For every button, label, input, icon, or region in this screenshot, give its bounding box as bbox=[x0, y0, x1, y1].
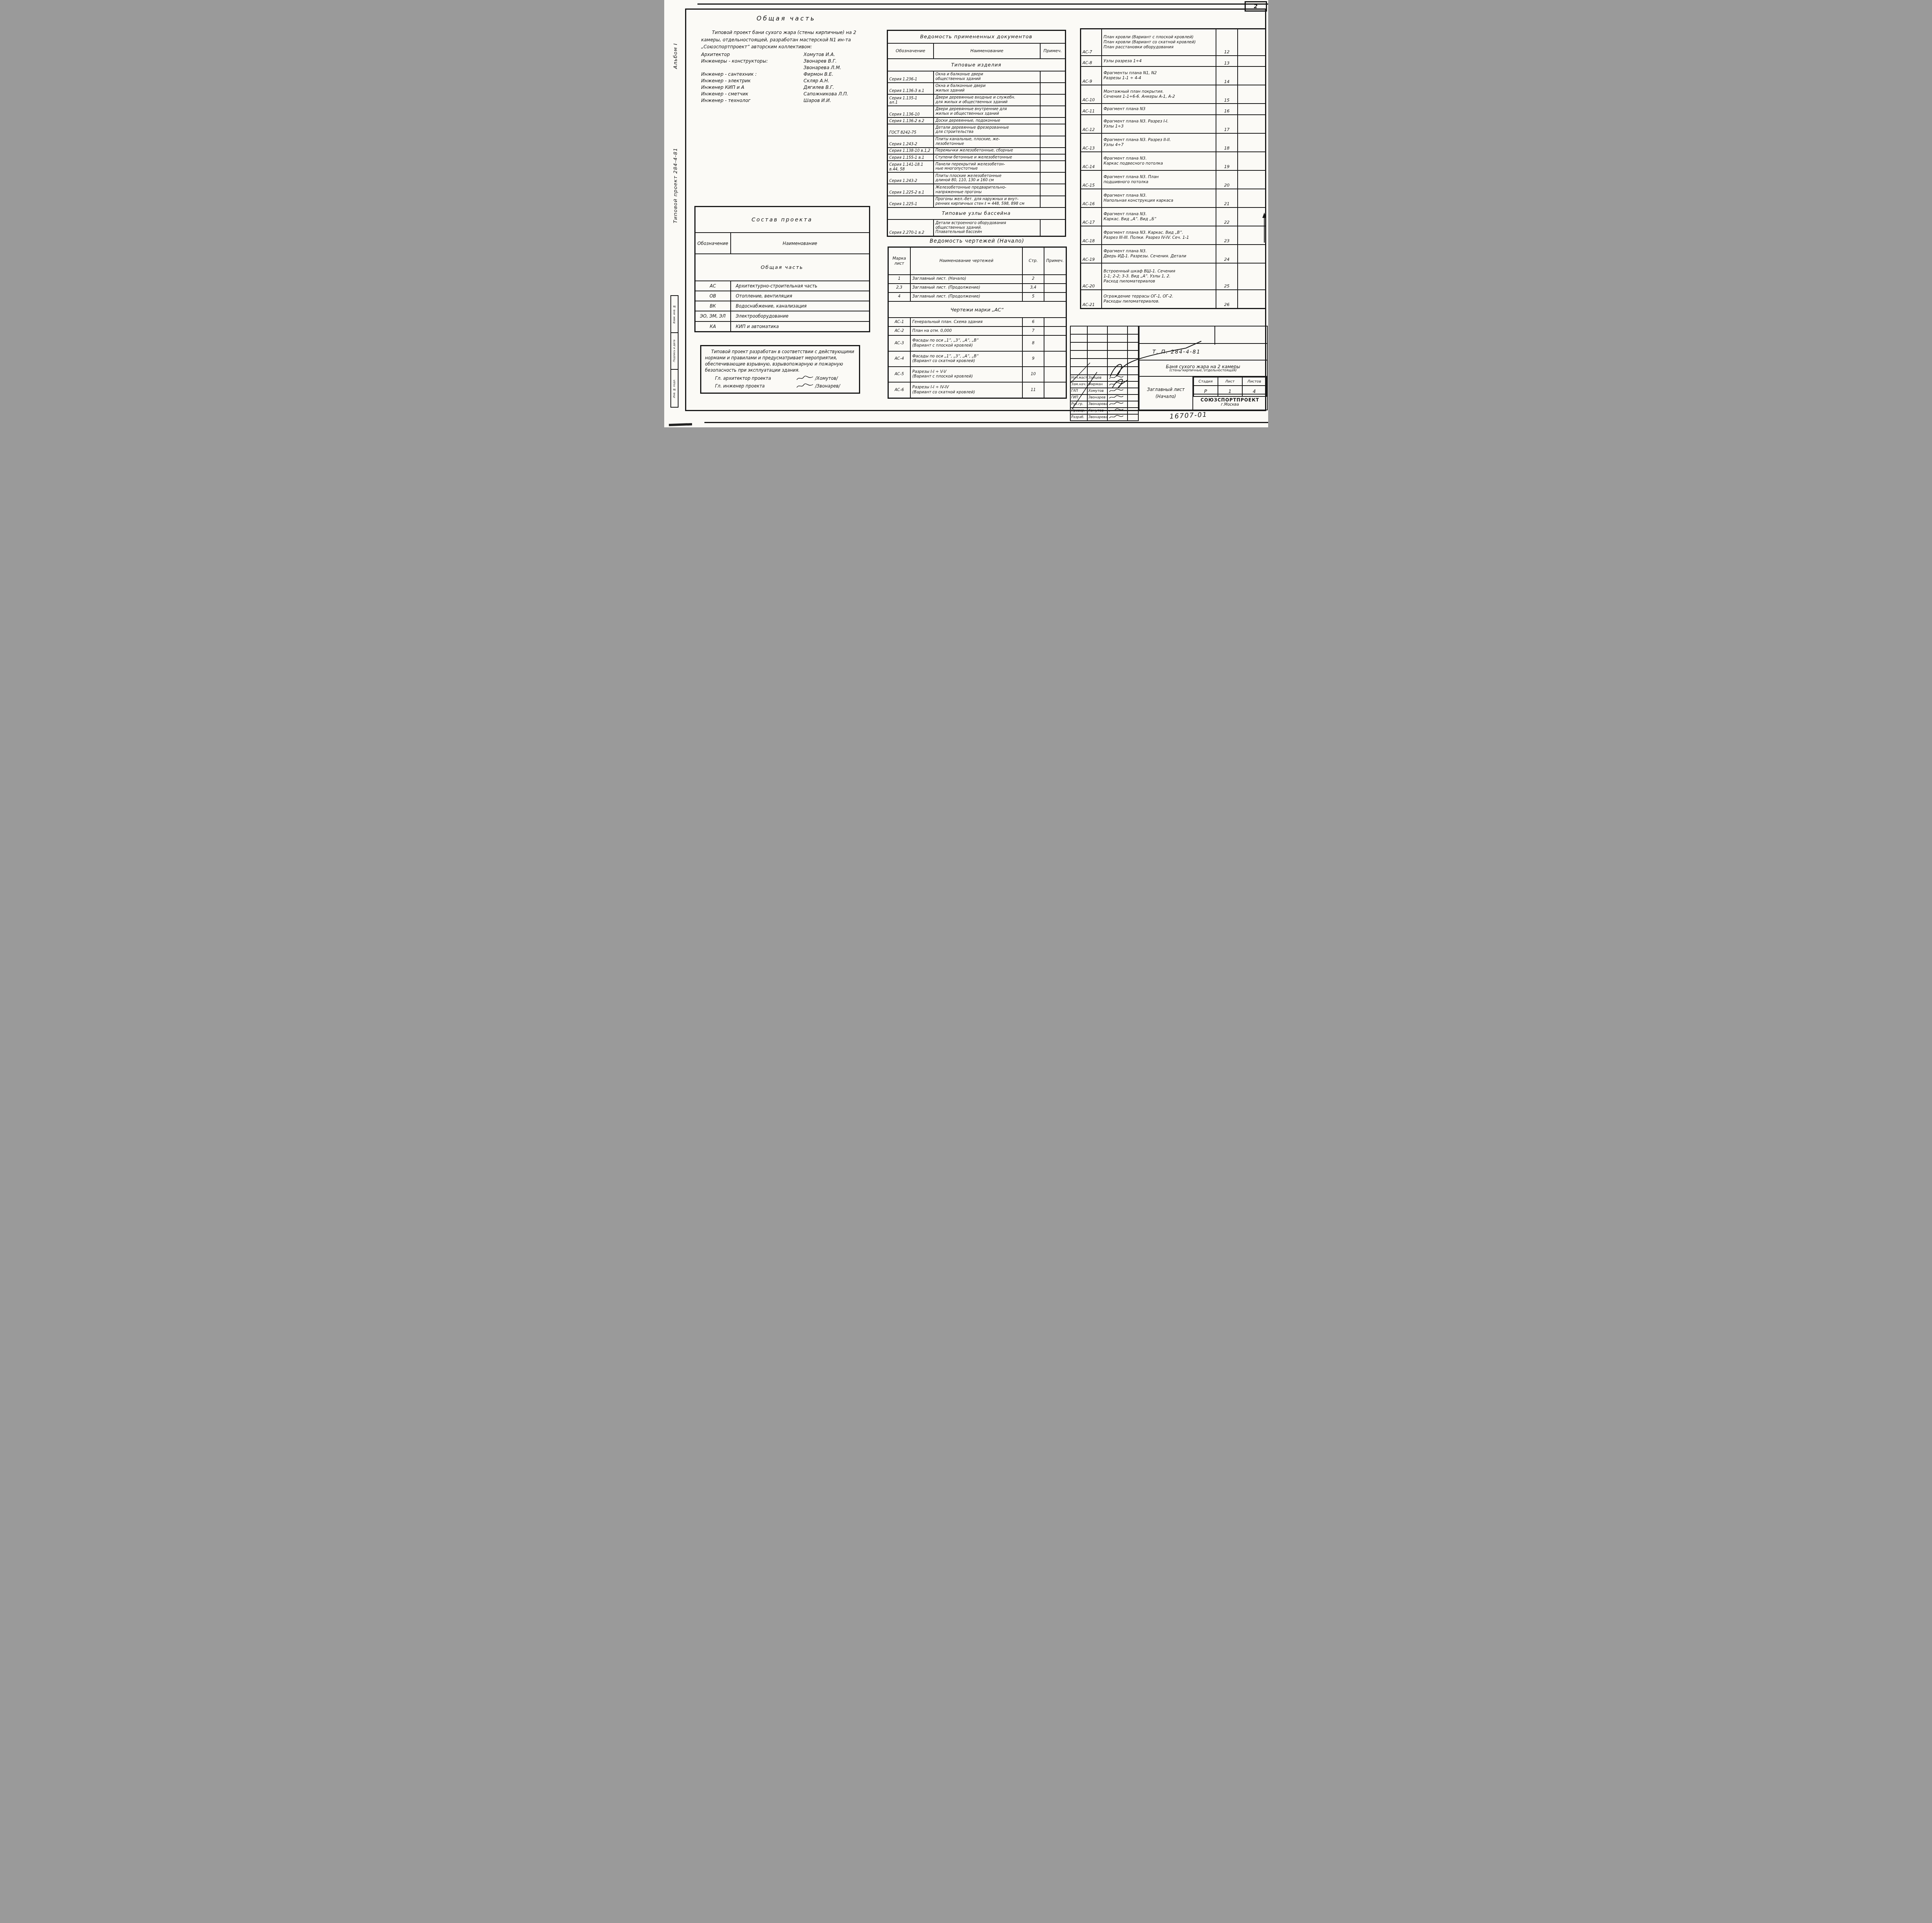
doc-note bbox=[1040, 83, 1065, 94]
drawing-note bbox=[1238, 104, 1265, 114]
table-row: ГОСТ 8242-75 Детали деревянные фрезерова… bbox=[887, 124, 1065, 136]
drawing-mark: АС-3 bbox=[888, 335, 910, 351]
drawing-mark: АС-19 bbox=[1080, 245, 1102, 263]
table-row: АС-6 Разрезы I-I ÷ IV-IV (Вариант со ска… bbox=[888, 382, 1066, 398]
drawing-page: 9 bbox=[1022, 351, 1044, 367]
table-row: АС-20 Встроенный шкаф ВШ-1. Сечения 1-1;… bbox=[1080, 263, 1265, 290]
drawing-note bbox=[1238, 56, 1265, 66]
credit-row: Инженер КИП и А Дягилев В.Г. bbox=[701, 85, 871, 90]
signature-scribble bbox=[1109, 395, 1124, 400]
doc-note bbox=[1040, 161, 1065, 172]
drawing-page: 16 bbox=[1216, 104, 1238, 114]
signature-scribble bbox=[796, 383, 814, 389]
drawing-note bbox=[1238, 115, 1265, 133]
drawing-page: 7 bbox=[1022, 326, 1044, 335]
table-row: АС-7 План кровли (Вариант с плоской кров… bbox=[1080, 29, 1265, 56]
table-row: Серия 1.135-1 ал.1 Двери деревянные вход… bbox=[887, 94, 1065, 106]
drawing-name: План на отм. 0,000 bbox=[910, 326, 1022, 335]
table-row: АС-5 Разрезы I-I ÷ V-V (Вариант с плоско… bbox=[888, 367, 1066, 382]
doc-name: Двери деревянные внутренние для жилых и … bbox=[934, 106, 1040, 117]
doc-note bbox=[1040, 117, 1065, 124]
drawing-page: 22 bbox=[1216, 207, 1238, 226]
drawing-page: 21 bbox=[1216, 189, 1238, 207]
drawing-page: 20 bbox=[1216, 170, 1238, 189]
table-row: АС-9 Фрагменты плана N1, N2 Разрезы 1-1 … bbox=[1080, 66, 1265, 85]
drawing-name: Узлы разреза 1÷4 bbox=[1102, 56, 1216, 66]
drawing-mark: АС-14 bbox=[1080, 152, 1102, 170]
doc-note bbox=[1040, 136, 1065, 148]
drawing-name: Фрагмент плана N3. План подшивного потол… bbox=[1102, 170, 1216, 189]
drawing-name: Фрагмент плана N3. Разрез II-II. Узлы 4÷… bbox=[1102, 133, 1216, 152]
doc-note bbox=[1040, 106, 1065, 117]
drawing-mark: АС-8 bbox=[1080, 56, 1102, 66]
scan-bottom-edge bbox=[704, 422, 1268, 423]
drawing-name: Фрагмент плана N3. Напольная конструкция… bbox=[1102, 189, 1216, 207]
drawing-note bbox=[1044, 351, 1066, 367]
drawing-page: 26 bbox=[1216, 290, 1238, 309]
table-row: Серия 1.138-10 в.1,2 Перемычки железобет… bbox=[887, 148, 1065, 154]
drawing-page: 12 bbox=[1216, 29, 1238, 56]
credit-role: Инженер КИП и А bbox=[701, 85, 804, 90]
signer-extra bbox=[1128, 381, 1138, 388]
doc-designation: Серия 1.135-1 ал.1 bbox=[887, 94, 934, 106]
stamp-signer-row: Рук.гр. Звонарева bbox=[1070, 401, 1138, 408]
stage-header-row: Стадия Лист Листов bbox=[1194, 377, 1267, 386]
signer-extra bbox=[1128, 375, 1138, 381]
stamp-box-inv: Инв. № подл. bbox=[671, 370, 678, 407]
stamp-signer-row: Провер. Хомутов bbox=[1070, 408, 1138, 414]
general-title: Общая часть bbox=[701, 15, 871, 22]
drawing-mark: 2,3 bbox=[888, 284, 910, 292]
drawing-mark: 1 bbox=[888, 275, 910, 284]
doc-name: Плиты канальные, плоские, же- лезобетонн… bbox=[934, 136, 1040, 148]
credit-name: Сапожникова Л.П. bbox=[804, 91, 849, 97]
drawing-note bbox=[1044, 367, 1066, 382]
doc-designation: Серия 1.136-3 в.1 bbox=[887, 83, 934, 94]
page-number: 2 bbox=[1254, 3, 1258, 10]
stamp-signer-row: ГИП Звонарев bbox=[1070, 394, 1138, 401]
composition-name: Архитектурно-строительная часть bbox=[731, 281, 869, 291]
drawing-note bbox=[1044, 284, 1066, 292]
doc-name: Детали встроенного оборудования обществе… bbox=[934, 219, 1040, 236]
drawing-note bbox=[1238, 189, 1265, 207]
signer-extra bbox=[1128, 414, 1138, 421]
drawing-mark: АС-2 bbox=[888, 326, 910, 335]
signer-signature bbox=[1107, 394, 1128, 401]
drawing-mark: АС-7 bbox=[1080, 29, 1102, 56]
doc-name: Железобетонные предварительно- напряженн… bbox=[934, 184, 1040, 196]
table-row: Серия 1.155-1 в.1 Ступени бетонные и жел… bbox=[887, 154, 1065, 161]
drawing-mark: АС-10 bbox=[1080, 85, 1102, 104]
object-subtitle: (стены кирпичные, отдельностоящая) bbox=[1169, 369, 1236, 372]
signer-name: Звонарева bbox=[1087, 401, 1107, 408]
sign-line: Гл. архитектор проекта /Хомутов/ bbox=[705, 375, 855, 381]
table-row: АС-19 Фрагмент плана N3. Дверь ИД-1. Раз… bbox=[1080, 245, 1265, 263]
drawing-name: Фрагмент плана N3. Каркас. Вид „В“. Разр… bbox=[1102, 226, 1216, 245]
credit-row: Архитектор Хомутов И.А. bbox=[701, 52, 871, 57]
drawing-name: Заглавный лист. (Продолжение) bbox=[910, 284, 1022, 292]
doc-designation: Серия 1.225-2 в.1 bbox=[887, 184, 934, 196]
credit-row: Инженер - электрик Скляр А.Н. bbox=[701, 78, 871, 83]
doc-designation: Серия 1.243-2 bbox=[887, 172, 934, 184]
credit-role: Инженер - технолог bbox=[701, 98, 804, 103]
sign-role: Гл. инженер проекта bbox=[705, 383, 794, 389]
object-title-cell: Баня сухого жара на 2 камеры (стены кирп… bbox=[1139, 360, 1268, 377]
drawing-note bbox=[1044, 382, 1066, 398]
organization-city: г.Москва bbox=[1221, 403, 1239, 407]
composition-table-block: Состав проекта Обозначение Наименование … bbox=[694, 206, 870, 332]
doc-name: Перемычки железобетонные, сборные bbox=[934, 148, 1040, 154]
documents-table: Ведомость примененных документов Обознач… bbox=[887, 30, 1066, 237]
drawing-page: 11 bbox=[1022, 382, 1044, 398]
drawing-mark: АС-20 bbox=[1080, 263, 1102, 290]
doc-designation: Серия 1.243-2 bbox=[887, 136, 934, 148]
composition-name: Электрооборудование bbox=[731, 311, 869, 321]
drawing-mark: АС-12 bbox=[1080, 115, 1102, 133]
table-row: Серия 1.225-2 в.1 Железобетонные предвар… bbox=[887, 184, 1065, 196]
doc-name: Доски деревянные, подоконные bbox=[934, 117, 1040, 124]
drawings-continuation-table: АС-7 План кровли (Вариант с плоской кров… bbox=[1080, 28, 1266, 309]
credit-name: Фирмон В.Е. bbox=[804, 71, 833, 77]
note-box: Типовой проект разработан в соответствии… bbox=[700, 345, 860, 394]
drawing-page: 23 bbox=[1216, 226, 1238, 245]
credit-role: Инженер - сметчик bbox=[701, 91, 804, 97]
table-row: 2,3 Заглавный лист. (Продолжение) 3,4 bbox=[888, 284, 1066, 292]
drawing-mark: АС-5 bbox=[888, 367, 910, 382]
doc-note bbox=[1040, 154, 1065, 161]
drawing-name: Фрагмент плана N3. Разрез I-I. Узлы 1÷3 bbox=[1102, 115, 1216, 133]
doc-note bbox=[1040, 148, 1065, 154]
drawing-name: Заглавный лист. (Продолжение) bbox=[910, 292, 1022, 301]
drawing-name: Встроенный шкаф ВШ-1. Сечения 1-1; 2-2; … bbox=[1102, 263, 1216, 290]
drawing-page: 25 bbox=[1216, 263, 1238, 290]
sheet-title: Заглавный лист (Начало) bbox=[1139, 386, 1192, 400]
drawing-note bbox=[1044, 275, 1066, 284]
table-row: АС-14 Фрагмент плана N3. Каркас подвесно… bbox=[1080, 152, 1265, 170]
signer-role: ГАП bbox=[1070, 388, 1087, 394]
composition-table: Состав проекта Обозначение Наименование … bbox=[694, 206, 870, 332]
drawing-page: 15 bbox=[1216, 85, 1238, 104]
organization-cell: СОЮЗСПОРТПРОЕКТ г.Москва bbox=[1192, 394, 1268, 410]
archive-code: 16707-01 bbox=[1169, 411, 1207, 420]
drawing-mark: АС-1 bbox=[888, 318, 910, 326]
title-block: Нач.маст. Зайцев Зам.нач. Фирман ГАП Хом… bbox=[1070, 326, 1268, 410]
credit-role: Инженеры - конструкторы: bbox=[701, 58, 804, 64]
note-text: Типовой проект разработан в соответствии… bbox=[705, 349, 855, 374]
credit-row: Инженер - сметчик Сапожникова Л.П. bbox=[701, 91, 871, 97]
drawing-name: Фрагмент плана N3 bbox=[1102, 104, 1216, 114]
signer-name: Звонарева bbox=[1087, 414, 1107, 421]
credit-row: Инженеры - конструкторы: Звонарев В.Г. bbox=[701, 58, 871, 64]
drawing-page: 19 bbox=[1216, 152, 1238, 170]
doc-note bbox=[1040, 94, 1065, 106]
credit-row: Инженер - сантехник : Фирмон В.Е. bbox=[701, 71, 871, 77]
doc-designation: Серия 1.138-10 в.1,2 bbox=[887, 148, 934, 154]
drawing-note bbox=[1238, 85, 1265, 104]
stamp-top-row bbox=[1139, 326, 1268, 344]
drawing-name: Монтажный план покрытия. Сечения 1-1÷6-6… bbox=[1102, 85, 1216, 104]
doc-code: Т. П. 284-4-81 bbox=[1153, 349, 1201, 355]
doc-name: Окна и балконые двери общественных здани… bbox=[934, 71, 1040, 83]
signer-role: Зам.нач. bbox=[1070, 381, 1087, 388]
signature-scribble bbox=[1109, 401, 1124, 406]
stamp-signer-row: ГАП Хомутов bbox=[1070, 388, 1138, 394]
project-label: Типовой проект 284-4-81 bbox=[673, 124, 679, 247]
table-row: АС-18 Фрагмент плана N3. Каркас. Вид „В“… bbox=[1080, 226, 1265, 245]
doc-note bbox=[1040, 219, 1065, 236]
composition-title: Состав проекта bbox=[695, 207, 869, 233]
signature-scribble bbox=[1109, 388, 1124, 393]
signature-scribble bbox=[1109, 382, 1124, 386]
table-row: Серия 1.136-10 Двери деревянные внутренн… bbox=[887, 106, 1065, 117]
drawing-mark: АС-11 bbox=[1080, 104, 1102, 114]
doc-name: Плиты плоские железобетонные длиной 80, … bbox=[934, 172, 1040, 184]
doc-designation: Серия 1.225-1 bbox=[887, 196, 934, 207]
drawing-mark: АС-9 bbox=[1080, 66, 1102, 85]
drawing-mark: АС-18 bbox=[1080, 226, 1102, 245]
sheet-title-cell: Заглавный лист (Начало) bbox=[1139, 376, 1193, 410]
signer-signature bbox=[1107, 414, 1128, 421]
credits-list: Архитектор Хомутов И.А. Инженеры - конст… bbox=[701, 52, 871, 103]
doc-designation: Серия 1.136-10 bbox=[887, 106, 934, 117]
drawing-name: Фасады по оси „1“, „3“, „А“, „В“ (Вариан… bbox=[910, 351, 1022, 367]
drawing-page: 13 bbox=[1216, 56, 1238, 66]
composition-name: Отопление, вентиляция bbox=[731, 291, 869, 301]
album-label: Альбом I bbox=[673, 17, 679, 95]
signature-scribble bbox=[1109, 375, 1124, 380]
drawing-note bbox=[1044, 318, 1066, 326]
credit-name: Звонарев В.Г. bbox=[804, 58, 837, 64]
doc-designation: Серия 1.141-18.1 в.44, 58 bbox=[887, 161, 934, 172]
composition-name: КИП и автоматика bbox=[731, 321, 869, 332]
drawing-note bbox=[1238, 263, 1265, 290]
drawings-header-row: Марка лист Наименование чертежей Стр. Пр… bbox=[888, 247, 1066, 275]
table-row: АС-12 Фрагмент плана N3. Разрез I-I. Узл… bbox=[1080, 115, 1265, 133]
drawing-note bbox=[1238, 66, 1265, 85]
scan-top-edge bbox=[697, 3, 1268, 5]
signer-name: Фирман bbox=[1087, 381, 1107, 388]
stamp-empty-grid bbox=[1070, 326, 1138, 375]
table-row: ЭО, ЭМ, ЭЛ Электрооборудование bbox=[695, 311, 869, 321]
credit-row: Инженер - технолог Шаров И.И. bbox=[701, 98, 871, 103]
section-obshchaya-chast: Общая часть bbox=[695, 254, 869, 281]
signer-name: Звонарев bbox=[1087, 394, 1107, 401]
doc-designation: Серия 1.136-2 в.2 bbox=[887, 117, 934, 124]
page-number-box: 2 bbox=[1245, 1, 1267, 12]
table-row: АС-3 Фасады по оси „1“, „3“, „А“, „В“ (В… bbox=[888, 335, 1066, 351]
signer-name: Хомутов bbox=[1087, 388, 1107, 394]
drawing-page: 5 bbox=[1022, 292, 1044, 301]
drawing-name: Фрагмент плана N3. Каркас. Вид „А“. Вид … bbox=[1102, 207, 1216, 226]
doc-designation: Серия 1.155-1 в.1 bbox=[887, 154, 934, 161]
composition-designation: ВК bbox=[695, 301, 731, 311]
table-row: Серия 1.225-1 Прогоны жел.-бет. для нару… bbox=[887, 196, 1065, 207]
drawing-mark: АС-16 bbox=[1080, 189, 1102, 207]
doc-designation: Серия 1.236-1 bbox=[887, 71, 934, 83]
general-part: Общая часть Типовой проект бани сухого ж… bbox=[701, 15, 871, 103]
credit-name: Дягилев В.Г. bbox=[804, 85, 834, 90]
drawing-note bbox=[1044, 335, 1066, 351]
drawing-note bbox=[1238, 290, 1265, 309]
documents-header-row: Обозначение Наименование Примеч. bbox=[887, 43, 1065, 59]
doc-note bbox=[1040, 124, 1065, 136]
drawing-page: 10 bbox=[1022, 367, 1044, 382]
doc-name: Ступени бетонные и железобетонные bbox=[934, 154, 1040, 161]
signer-signature bbox=[1107, 375, 1128, 381]
drawing-mark: АС-13 bbox=[1080, 133, 1102, 152]
drawing-note bbox=[1044, 326, 1066, 335]
drawing-mark: АС-17 bbox=[1080, 207, 1102, 226]
table-row: АС-17 Фрагмент плана N3. Каркас. Вид „А“… bbox=[1080, 207, 1265, 226]
signer-role: ГИП bbox=[1070, 394, 1087, 401]
drawing-note bbox=[1238, 245, 1265, 263]
drawing-name: Фасады по оси „1“, „3“, „А“, „В“ (Вариан… bbox=[910, 335, 1022, 351]
section-cherteji-as: Чертежи марки „АС“ bbox=[888, 301, 1066, 318]
stamp-signer-row: Зам.нач. Фирман bbox=[1070, 381, 1138, 388]
drawing-name: Фрагмент плана N3. Дверь ИД-1. Разрезы. … bbox=[1102, 245, 1216, 263]
signer-signature bbox=[1107, 401, 1128, 408]
table-row: АС Архитектурно-строительная часть bbox=[695, 281, 869, 291]
doc-note bbox=[1040, 71, 1065, 83]
signer-role: Разраб. bbox=[1070, 414, 1087, 421]
drawing-mark: 4 bbox=[888, 292, 910, 301]
drawing-note bbox=[1238, 152, 1265, 170]
drawing-name: План кровли (Вариант с плоской кровлей) … bbox=[1102, 29, 1216, 56]
credit-name: Звонарева Л.М. bbox=[804, 65, 842, 70]
signer-name: Хомутов bbox=[1087, 408, 1107, 414]
sign-role: Гл. архитектор проекта bbox=[705, 376, 794, 381]
stamp-signers-table: Нач.маст. Зайцев Зам.нач. Фирман ГАП Хом… bbox=[1070, 326, 1139, 421]
drawing-name: Заглавный лист. (Начало) bbox=[910, 275, 1022, 284]
signer-name: Зайцев bbox=[1087, 375, 1107, 381]
table-row: Серия 2.270-1 в.2 Детали встроенного обо… bbox=[887, 219, 1065, 236]
signer-signature bbox=[1107, 408, 1128, 414]
stamp-box-podpis: Подпись и дата bbox=[671, 333, 678, 370]
composition-designation: КА bbox=[695, 321, 731, 332]
drawing-note bbox=[1044, 292, 1066, 301]
section-uzly-basseina: Типовые узлы бассейна bbox=[887, 207, 1065, 219]
composition-designation: ЭО, ЭМ, ЭЛ bbox=[695, 311, 731, 321]
signer-signature bbox=[1107, 381, 1128, 388]
drawings-table-title: Ведомость чертежей (Начало) bbox=[888, 238, 1067, 244]
table-row: АС-4 Фасады по оси „1“, „3“, „А“, „В“ (В… bbox=[888, 351, 1066, 367]
drawing-mark: АС-4 bbox=[888, 351, 910, 367]
drawing-note bbox=[1238, 29, 1265, 56]
doc-name: Окна и балконные двери жилых зданий bbox=[934, 83, 1040, 94]
doc-name: Детали деревянные фрезерованные для стро… bbox=[934, 124, 1040, 136]
table-row: Серия 1.136-2 в.2 Доски деревянные, подо… bbox=[887, 117, 1065, 124]
drawings-table-block: Ведомость чертежей (Начало) Марка лист Н… bbox=[888, 238, 1067, 399]
table-row: АС-2 План на отм. 0,000 7 bbox=[888, 326, 1066, 335]
table-row: Серия 1.243-2 Плиты плоские железобетонн… bbox=[887, 172, 1065, 184]
table-row: АС-8 Узлы разреза 1÷4 13 bbox=[1080, 56, 1265, 66]
table-row: АС-15 Фрагмент плана N3. План подшивного… bbox=[1080, 170, 1265, 189]
composition-header-row: Обозначение Наименование bbox=[695, 233, 869, 254]
doc-name: Прогоны жел.-бет. для наружных и внут- р… bbox=[934, 196, 1040, 207]
composition-designation: АС bbox=[695, 281, 731, 291]
signer-role: Рук.гр. bbox=[1070, 401, 1087, 408]
credit-name: Скляр А.Н. bbox=[804, 78, 830, 83]
signer-role: Нач.маст. bbox=[1070, 375, 1087, 381]
sign-name: /Звонарев/ bbox=[815, 383, 840, 389]
documents-rows: Серия 1.236-1 Окна и балконые двери обще… bbox=[887, 71, 1065, 207]
signature-scribble bbox=[1109, 408, 1124, 413]
frame-stamp-boxes: Взам. инв. № Подпись и дата Инв. № подл. bbox=[670, 295, 679, 408]
drawing-name: Генеральный план. Схема здания bbox=[910, 318, 1022, 326]
drawing-page: 6 bbox=[1022, 318, 1044, 326]
drawing-page: 8 bbox=[1022, 335, 1044, 351]
credit-row: Звонарева Л.М. bbox=[701, 65, 871, 70]
table-row: ОВ Отопление, вентиляция bbox=[695, 291, 869, 301]
stamp-signer-row: Разраб. Звонарева bbox=[1070, 414, 1138, 421]
composition-name: Водоснабжение, канализация bbox=[731, 301, 869, 311]
note-sign-lines: Гл. архитектор проекта /Хомутов/ Гл. инж… bbox=[705, 375, 855, 389]
drawing-page: 3,4 bbox=[1022, 284, 1044, 292]
table-row: 1 Заглавный лист. (Начало) 2 bbox=[888, 275, 1066, 284]
signature-scribble bbox=[1109, 415, 1124, 419]
table-row: Серия 1.136-3 в.1 Окна и балконные двери… bbox=[887, 83, 1065, 94]
organization-name: СОЮЗСПОРТПРОЕКТ bbox=[1201, 397, 1259, 403]
documents-table-title: Ведомость примененных документов bbox=[887, 31, 1065, 44]
drawings-continuation-block: АС-7 План кровли (Вариант с плоской кров… bbox=[1080, 28, 1266, 309]
credit-role: Инженер - сантехник : bbox=[701, 71, 804, 77]
doc-name: Двери деревянные входные и служебн. для … bbox=[934, 94, 1040, 106]
credit-role bbox=[701, 65, 804, 70]
credit-role: Архитектор bbox=[701, 52, 804, 57]
table-row: 4 Заглавный лист. (Продолжение) 5 bbox=[888, 292, 1066, 301]
stamp-signer-row: Нач.маст. Зайцев bbox=[1070, 375, 1138, 381]
signer-extra bbox=[1128, 408, 1138, 414]
drawing-page: 18 bbox=[1216, 133, 1238, 152]
table-row: АС-21 Ограждение террасы ОГ-1, ОГ-2. Рас… bbox=[1080, 290, 1265, 309]
table-row: АС-1 Генеральный план. Схема здания 6 bbox=[888, 318, 1066, 326]
doc-designation: Серия 2.270-1 в.2 bbox=[887, 219, 934, 236]
drawing-page: 2 bbox=[1022, 275, 1044, 284]
stage-sheet-table: Стадия Лист Листов Р 1 4 bbox=[1192, 376, 1268, 394]
drawing-page: 24 bbox=[1216, 245, 1238, 263]
drawing-name: Разрезы I-I ÷ IV-IV (Вариант со скатной … bbox=[910, 382, 1022, 398]
doc-note bbox=[1040, 196, 1065, 207]
scan-corner-mark bbox=[668, 423, 692, 426]
drawing-name: Ограждение террасы ОГ-1, ОГ-2. Расходы п… bbox=[1102, 290, 1216, 309]
sign-name: /Хомутов/ bbox=[815, 376, 838, 381]
stamp-box-vzam: Взам. инв. № bbox=[671, 296, 678, 333]
doc-designation: ГОСТ 8242-75 bbox=[887, 124, 934, 136]
signer-extra bbox=[1128, 388, 1138, 394]
table-row: АС-16 Фрагмент плана N3. Напольная конст… bbox=[1080, 189, 1265, 207]
drawing-mark: АС-6 bbox=[888, 382, 910, 398]
table-row: Серия 1.236-1 Окна и балконые двери обще… bbox=[887, 71, 1065, 83]
signer-extra bbox=[1128, 394, 1138, 401]
signer-signature bbox=[1107, 388, 1128, 394]
signer-extra bbox=[1128, 401, 1138, 408]
drawing-mark: АС-15 bbox=[1080, 170, 1102, 189]
drawing-name: Фрагменты плана N1, N2 Разрезы 1-1 ÷ 4-4 bbox=[1102, 66, 1216, 85]
drawing-name: Разрезы I-I ÷ V-V (Вариант с плоской кро… bbox=[910, 367, 1022, 382]
doc-name: Панели перекрытий железобетон- ные много… bbox=[934, 161, 1040, 172]
doc-note bbox=[1040, 172, 1065, 184]
documents-table-block: Ведомость примененных документов Обознач… bbox=[887, 30, 1066, 237]
document-scan: 2 Альбом I Типовой проект 284-4-81 Взам.… bbox=[664, 0, 1268, 427]
section-typovye-izdeliya: Типовые изделия bbox=[887, 59, 1065, 71]
drawing-page: 17 bbox=[1216, 115, 1238, 133]
drawings-table: Марка лист Наименование чертежей Стр. Пр… bbox=[888, 247, 1067, 399]
credit-name: Шаров И.И. bbox=[804, 98, 832, 103]
table-row: Серия 1.243-2 Плиты канальные, плоские, … bbox=[887, 136, 1065, 148]
frame-arrow-icon bbox=[1262, 213, 1267, 243]
drawing-note bbox=[1238, 170, 1265, 189]
table-row: АС-13 Фрагмент плана N3. Разрез II-II. У… bbox=[1080, 133, 1265, 152]
